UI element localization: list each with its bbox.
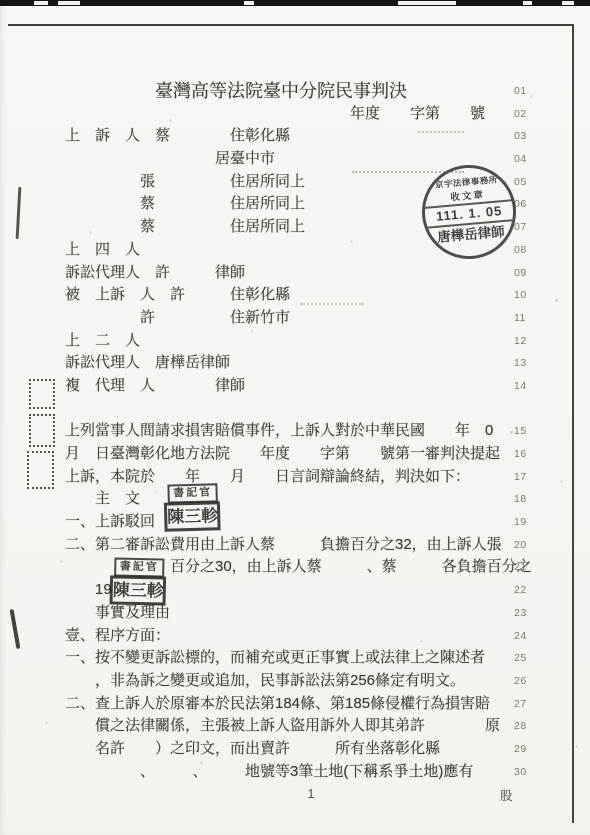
scanner-edge-tick (523, 1, 532, 5)
line-text: 、 、 地號等3筆土地(下稱系爭土地)應有 (65, 761, 473, 784)
document-line: 訴訟代理人 許 律師09 (0, 262, 590, 285)
margin-dotted-box (27, 451, 54, 489)
document-line: 壹、程序方面：24 (0, 625, 590, 648)
document-line: 百分之30，由上訴人蔡 、蔡 各負擔百分之21 (0, 556, 590, 579)
line-text: 張 住居所同上 (65, 171, 305, 194)
scanner-edge-tick (58, 1, 80, 5)
line-text: 壹、程序方面： (65, 625, 170, 648)
document-line: 一、上訴駁回19 (0, 511, 590, 534)
line-text: 臺灣高等法院臺中分院民事判決 (65, 80, 407, 103)
paper-speckles (0, 0, 1, 1)
line-number: 26 (514, 670, 527, 693)
line-text: 年度 字第 號 (65, 103, 485, 126)
scanned-judgment-page: 臺灣高等法院臺中分院民事判決01 年度 字第 號02上 訴 人 蔡 住彰化縣03… (0, 0, 590, 835)
clerk-seal-stamp: 書記官 陳三軫 (110, 557, 165, 605)
line-number: 21 (514, 556, 527, 579)
line-number: 24 (514, 625, 527, 648)
line-number: 16 (514, 443, 527, 466)
margin-dotted-box (29, 379, 55, 409)
line-number: 10 (514, 284, 527, 307)
document-line: 二、第二審訴訟費用由上訴人蔡 負擔百分之32，由上訴人張20 (0, 534, 590, 557)
line-number: 25 (514, 647, 527, 670)
line-number: 28 (514, 715, 527, 738)
line-text: 上訴，本院於 年 月 日言詞辯論終結，判決如下： (65, 466, 470, 489)
line-text: 上 四 人 (65, 239, 140, 262)
line-number: 30 (514, 761, 527, 784)
line-text: 上 二 人 (65, 330, 140, 353)
line-text: ，非為訴之變更或追加，民事訴訟法第256條定有明文。 (65, 670, 465, 693)
line-number: 03 (514, 125, 527, 148)
line-number: 09 (514, 262, 527, 285)
clerk-seal-name: 陳三軫 (110, 575, 167, 605)
document-line: 被 上訴 人 許 住彰化縣10 (0, 284, 590, 307)
line-text: 居臺中市 (65, 148, 275, 171)
line-text: 償之法律關係，主張被上訴人盜用訴外人即其弟許 原 (65, 715, 500, 738)
line-number: 22 (514, 579, 527, 602)
faded-redaction-mark (352, 171, 464, 173)
line-text: 蔡 住居所同上 (65, 216, 305, 239)
document-line: 償之法律關係，主張被上訴人盜用訴外人即其弟許 原28 (0, 715, 590, 738)
line-number: 11 (514, 307, 526, 330)
scanner-edge-tick (34, 1, 48, 5)
clerk-seal-name: 陳三軫 (164, 501, 221, 531)
line-number: 13 (514, 352, 527, 375)
document-line: 臺灣高等法院臺中分院民事判決01 (0, 80, 590, 103)
document-line: 主 文18 (0, 488, 590, 511)
line-number: 19 (514, 511, 527, 534)
line-number: 04 (514, 148, 527, 171)
line-number: 08 (514, 239, 527, 262)
page-top-rule (8, 24, 574, 26)
document-line: 複 代理 人 律師14 (0, 375, 590, 398)
line-text: 許 住新竹市 (65, 307, 290, 330)
faded-redaction-mark (418, 131, 464, 133)
line-text: 一、上訴駁回 (65, 511, 155, 534)
clerk-seal-stamp: 書記官 陳三軫 (163, 483, 218, 531)
line-text: 二、查上訴人於原審本於民法第184條、第185條侵權行為損害賠 (65, 693, 490, 716)
document-line: 、 、 地號等3筆土地(下稱系爭土地)應有30 (0, 761, 590, 784)
line-text: 訴訟代理人 唐樺岳律師 (65, 352, 230, 375)
document-line: 許 住新竹市11 (0, 307, 590, 330)
line-number: 07 (514, 216, 527, 239)
line-number: 12 (514, 330, 527, 353)
line-number: 01 (514, 80, 527, 103)
line-text: 主 文 (65, 488, 140, 511)
line-text: 被 上訴 人 許 住彰化縣 (65, 284, 290, 307)
document-line: 一、按不變更訴訟標的，而補充或更正事實上或法律上之陳述者25 (0, 647, 590, 670)
line-text: 蔡 住居所同上 (65, 193, 305, 216)
line-number: 18 (514, 488, 527, 511)
line-number: 17 (514, 466, 527, 489)
line-text: 上 訴 人 蔡 住彰化縣 (65, 125, 290, 148)
document-line: 上 二 人12 (0, 330, 590, 353)
document-line: 上訴，本院於 年 月 日言詞辯論終結，判決如下：17 (0, 466, 590, 489)
line-text: 訴訟代理人 許 律師 (65, 262, 245, 285)
document-line: 年度 字第 號02 (0, 103, 590, 126)
line-text: 月 日臺灣彰化地方法院 年度 字第 號第一審判決提起 (65, 443, 500, 466)
document-line: 月 日臺灣彰化地方法院 年度 字第 號第一審判決提起16 (0, 443, 590, 466)
document-line: 名許 ）之印文，而出賣許 所有坐落彰化縣29 (0, 738, 590, 761)
document-line: 1922 (0, 579, 590, 602)
faded-redaction-mark (300, 303, 364, 305)
document-line: 二、查上訴人於原審本於民法第184條、第185條侵權行為損害賠27 (0, 693, 590, 716)
line-number: 05 (514, 171, 527, 194)
margin-dotted-box (29, 414, 55, 447)
scanner-edge-tick (398, 1, 456, 5)
document-line: ，非為訴之變更或追加，民事訴訟法第256條定有明文。26 (0, 670, 590, 693)
section-label: 股 (500, 786, 513, 804)
scanner-edge-tick (244, 1, 254, 5)
line-number: 20 (514, 534, 527, 557)
line-number: 15 (514, 420, 527, 443)
clerk-seal-title: 書記官 (114, 558, 164, 578)
line-text: 19 (65, 579, 112, 602)
line-text: 上列當事人間請求損害賠償事件，上訴人對於中華民國 年 0 (65, 420, 493, 443)
document-line: 上 訴 人 蔡 住彰化縣03 (0, 125, 590, 148)
scanner-edge-tick (562, 1, 574, 5)
scanner-edge-strip (0, 0, 590, 6)
line-number: 27 (514, 693, 527, 716)
line-number: 23 (514, 602, 527, 625)
line-number: 29 (514, 738, 527, 761)
line-text: 複 代理 人 律師 (65, 375, 245, 398)
line-text: 一、按不變更訴訟標的，而補充或更正事實上或法律上之陳述者 (65, 647, 485, 670)
line-text: 名許 ）之印文，而出賣許 所有坐落彰化縣 (65, 738, 440, 761)
line-gap (0, 398, 590, 421)
line-number: 02 (514, 103, 527, 126)
document-line: 訴訟代理人 唐樺岳律師13 (0, 352, 590, 375)
page-number: 1 (296, 786, 326, 801)
line-text: 二、第二審訴訟費用由上訴人蔡 負擔百分之32，由上訴人張 (65, 534, 502, 557)
document-line: 事實及理由23 (0, 602, 590, 625)
document-line: 居臺中市04 (0, 148, 590, 171)
line-number: 14 (514, 375, 527, 398)
document-line: 上列當事人間請求損害賠償事件，上訴人對於中華民國 年 015 (0, 420, 590, 443)
